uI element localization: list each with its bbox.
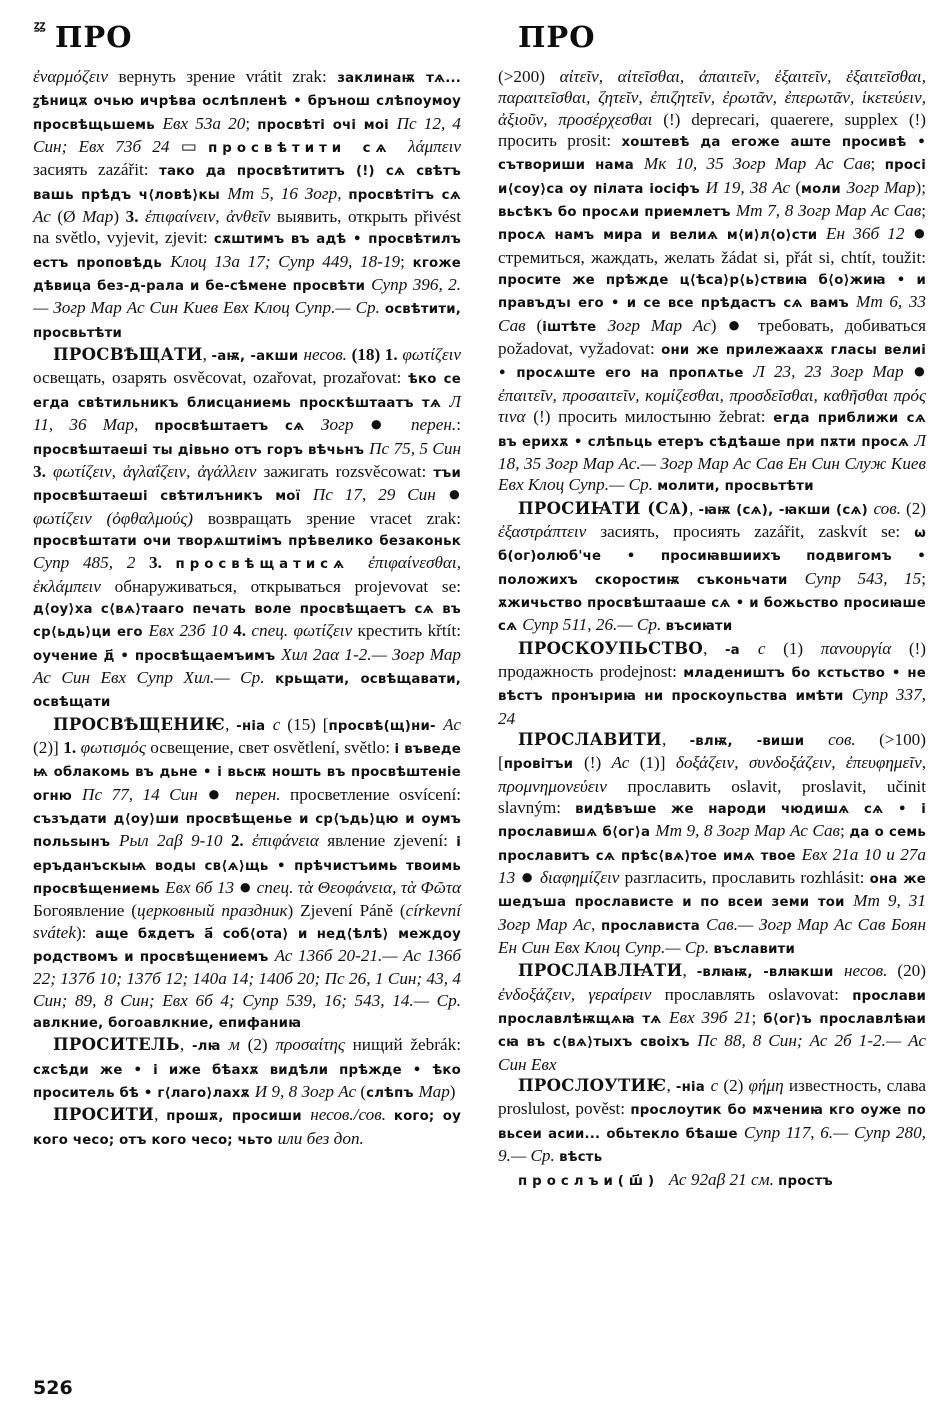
source-citation: Зогр bbox=[321, 415, 370, 434]
ocs-quote: слѣпъ bbox=[366, 1086, 418, 1101]
gloss-text: ; bbox=[751, 1008, 763, 1027]
greek-equivalent: φωτίζειν bbox=[294, 621, 358, 640]
ocs-quote: простъ bbox=[778, 1174, 833, 1189]
source-citation: Евх 6б 13 bbox=[165, 878, 239, 897]
ocs-quote: просвѣштаеші ты дівьно отъ горъ вѣчьнъ bbox=[33, 443, 369, 458]
corner-ornament-icon: ꙁꙁ bbox=[34, 16, 45, 33]
greek-equivalent: φήμη bbox=[749, 1076, 789, 1095]
ocs-quote: просвѣтітъ сѧ bbox=[348, 188, 461, 203]
dictionary-entry: ПРОСКОУПЬСТВО, -а с (1) πανουργία (!) пр… bbox=[498, 638, 926, 729]
bullet-icon: ● bbox=[239, 874, 253, 899]
gloss-text: нищий žebrák: bbox=[353, 1035, 461, 1054]
dictionary-entry: прослъи(ш҃) Ас 92аβ 21 см. простъ bbox=[498, 1169, 926, 1192]
headword: ПРОСВѢЩЕНИѤ bbox=[53, 715, 225, 734]
headword: ПРОСКОУПЬСТВО bbox=[518, 639, 703, 658]
ocs-quote: авлкние, богоавлкние, епифаниꙗ bbox=[33, 1016, 301, 1031]
source-citation: Клоц 13а 17; Супр 449, 18-19 bbox=[170, 252, 400, 271]
greek-equivalent: φωτίζειν bbox=[402, 345, 461, 364]
greek-equivalent: ἐπιφάνεια bbox=[252, 831, 327, 850]
source-citation: Зогр Мар Ас bbox=[608, 316, 711, 335]
source-citation: Супр 485, 2 bbox=[33, 553, 149, 572]
source-citation: И 19, 38 Ас bbox=[706, 178, 796, 197]
source-citation: Ас bbox=[443, 715, 461, 734]
ocs-quote: прослависта bbox=[601, 919, 706, 934]
source-citation: спец. bbox=[252, 878, 298, 897]
source-citation: несов. bbox=[303, 345, 351, 364]
gloss-text: (2)] bbox=[33, 738, 63, 757]
dictionary-entry: ПРОСЛАВИТИ, -влѭ, -виши сов. (>100) [про… bbox=[498, 729, 926, 960]
page-number: 526 bbox=[33, 1377, 73, 1399]
source-citation: сов. bbox=[828, 730, 879, 749]
source-citation: сов. bbox=[873, 499, 906, 518]
ocs-quote: іштѣте bbox=[542, 320, 607, 335]
headword: ПРОСИТИ bbox=[53, 1105, 154, 1124]
ocs-quote: молити, просвьтѣти bbox=[657, 479, 813, 494]
ocs-quote: просѧ намъ мира и велиѧ м⟨и⟩л⟨о⟩сти bbox=[498, 228, 826, 243]
headword: ПРОСИꙖТИ (СѦ) bbox=[518, 499, 689, 518]
gloss-text: освещать, озарять osvěcovat, ozařovat, p… bbox=[33, 368, 408, 387]
source-citation: Супр 543, 15 bbox=[805, 569, 922, 588]
source-citation: несов. bbox=[844, 961, 897, 980]
sense-number: 3. bbox=[126, 207, 145, 226]
ocs-quote: въславити bbox=[714, 942, 796, 957]
right-column: (>200) αἰτεῖν, αἰτεῖσθαι, ἀπαιτεῖν, ἐξαι… bbox=[498, 66, 926, 1192]
dictionary-entry: ПРОСИТИ, прошѫ, просиши несов./сов. кого… bbox=[33, 1104, 461, 1151]
gloss-text: , bbox=[180, 1035, 192, 1054]
sense-number: 2. bbox=[231, 831, 252, 850]
greek-equivalent: τὰ Θεοφάνεια, τὰ Φῶτα bbox=[298, 878, 461, 897]
running-head-left: ПРО bbox=[55, 20, 132, 54]
gloss-text: ) bbox=[113, 207, 125, 226]
source-citation: или без доп. bbox=[278, 1129, 364, 1148]
dictionary-entry: ПРОСИТЕЛЬ, -лꙗ м (2) προσαίτης нищий žeb… bbox=[33, 1034, 461, 1104]
source-citation: Ас bbox=[33, 207, 51, 226]
spaced-ocs-form: просвѣтити сѧ bbox=[208, 141, 408, 156]
source-citation: несов./сов. bbox=[310, 1105, 394, 1124]
ocs-quote: -ніа bbox=[676, 1080, 711, 1095]
dictionary-entry: ПРОСИꙖТИ (СѦ), -ꙗѭ (сѧ), -ꙗкши (сѧ) сов.… bbox=[498, 498, 926, 638]
ocs-quote: просвѣштаетъ сѧ bbox=[154, 419, 321, 434]
ocs-quote: -влѭ, -виши bbox=[690, 734, 829, 749]
bullet-icon: ● bbox=[727, 312, 747, 337]
gloss-text: , bbox=[134, 415, 154, 434]
greek-equivalent: λάμπειν bbox=[408, 137, 461, 156]
gloss-text: (2) bbox=[723, 1076, 748, 1095]
greek-equivalent: ἐνδοξάζειν, γεραίρειν bbox=[498, 985, 665, 1004]
gloss-text: (>200) bbox=[498, 67, 560, 86]
bullet-icon: ● bbox=[520, 864, 534, 889]
bullet-icon: ● bbox=[370, 411, 395, 436]
gloss-text: ▭ bbox=[181, 137, 208, 156]
source-citation: Мт 9, 8 Зогр Мар Ас Сав bbox=[655, 821, 840, 840]
gloss-text: стремиться, жаждать, желать žádat si, př… bbox=[498, 248, 926, 267]
ocs-quote: просвѣті очі моі bbox=[257, 118, 396, 133]
gloss-text: (!) просить милостыню žebrat: bbox=[533, 407, 773, 426]
headword: ПРОСИТЕЛЬ bbox=[53, 1035, 180, 1054]
gloss-text: возвращать зрение vracet zrak: bbox=[208, 509, 461, 528]
dictionary-entry: ἐναρμόζειν вернуть зрение vrátit zrak: з… bbox=[33, 66, 461, 344]
gloss-text: прославлять oslavovat: bbox=[665, 985, 853, 1004]
greek-equivalent: φωτίζειν (ὀφθαλμούς) bbox=[33, 509, 208, 528]
source-citation: с bbox=[711, 1076, 724, 1095]
gloss-text: (2) bbox=[906, 499, 926, 518]
gloss-text: ; bbox=[400, 252, 412, 271]
source-citation: Супр 511, 26.— Ср. bbox=[522, 615, 665, 634]
greek-equivalent: φωτίζειν, ἀγλαΐζειν, ἀγάλλειν bbox=[53, 462, 264, 481]
source-citation: Ас bbox=[612, 753, 640, 772]
gloss-text: : bbox=[456, 415, 461, 434]
source-citation: Рыл 2аβ 9-10 bbox=[119, 831, 231, 850]
headword: ПРОСЛАВИТИ bbox=[518, 730, 662, 749]
source-citation: Мар bbox=[419, 1082, 450, 1101]
gloss-text: , bbox=[154, 1105, 166, 1124]
spaced-ocs-form: прослъи(ш҃) bbox=[518, 1174, 669, 1189]
gloss-text: , bbox=[591, 915, 601, 934]
source-citation: м bbox=[229, 1035, 248, 1054]
gloss-text: засиять, просиять zazářit, zaskvít se: bbox=[600, 522, 914, 541]
gloss-text: засиять zazářit: bbox=[33, 160, 159, 179]
sense-number: 1. bbox=[63, 738, 80, 757]
source-citation: с bbox=[273, 715, 288, 734]
dictionary-entry: ПРОСВѢЩАТИ, -аѭ, -акши несов. (18) 1. φω… bbox=[33, 344, 461, 714]
dictionary-entry: (>200) αἰτεῖν, αἰτεῖσθαι, ἀπαιτεῖν, ἐξαι… bbox=[498, 66, 926, 498]
gloss-text: (!) bbox=[584, 753, 612, 772]
bullet-icon: ● bbox=[207, 781, 225, 806]
source-citation: спец. bbox=[251, 621, 293, 640]
bullet-icon: ● bbox=[448, 481, 461, 506]
gloss-text: ): bbox=[76, 923, 95, 942]
gloss-text: разгласить, прославить rozhlásit: bbox=[625, 868, 870, 887]
ocs-quote: въсиꙗти bbox=[666, 619, 733, 634]
gloss-text: Богоявление ( bbox=[33, 901, 137, 920]
gloss-text: ; bbox=[245, 114, 257, 133]
sense-number: 4. bbox=[233, 621, 251, 640]
source-citation: Пс 75, 5 Син bbox=[369, 439, 461, 458]
gloss-text: (1) bbox=[783, 639, 821, 658]
gloss-text: вернуть зрение vrátit zrak: bbox=[118, 67, 337, 86]
dictionary-entry: ПРОСЛОУТИѤ, -ніа с (2) φήμη известность,… bbox=[498, 1075, 926, 1168]
source-citation: Пс 77, 14 Син bbox=[82, 785, 207, 804]
dictionary-entry: ПРОСЛАВЛꙖТИ, -влꙗѭ, -влꙗкши несов. (20) … bbox=[498, 960, 926, 1075]
greek-equivalent: πανουργία bbox=[821, 639, 909, 658]
source-citation: Мт 5, 16 Зогр bbox=[227, 184, 337, 203]
bullet-icon: ● bbox=[913, 358, 926, 383]
gloss-text: , bbox=[662, 730, 690, 749]
gloss-text: , bbox=[203, 345, 212, 364]
source-citation: Зогр Мар bbox=[847, 178, 916, 197]
source-citation: Евх 53а 20 bbox=[163, 114, 246, 133]
dictionary-page: ꙁꙁ ПРО ПРО ἐναρμόζειν вернуть зрение vrá… bbox=[0, 0, 950, 1415]
ocs-quote: -лꙗ bbox=[192, 1039, 229, 1054]
source-citation: Ас 92аβ 21 см. bbox=[669, 1170, 778, 1189]
ocs-quote: -ніа bbox=[236, 719, 272, 734]
running-head-right: ПРО bbox=[518, 20, 595, 54]
headword: ПРОСЛАВЛꙖТИ bbox=[518, 961, 682, 980]
bullet-icon: ● bbox=[913, 220, 926, 245]
greek-equivalent: διαφημίζειν bbox=[535, 868, 625, 887]
gloss-text: ; bbox=[871, 154, 885, 173]
ocs-quote: оучение д҃ • просвѣщаемъимъ bbox=[33, 649, 281, 664]
gloss-text: , bbox=[337, 184, 348, 203]
gloss-text: просветление osvícení: bbox=[290, 785, 461, 804]
ocs-quote: просвѣштати очи творѧштиімъ прѣвелико бе… bbox=[33, 534, 461, 549]
gloss-text: (15) [ bbox=[287, 715, 328, 734]
source-citation: Евх 39б 21 bbox=[669, 1008, 751, 1027]
gloss-text: зажигать rozsvěcowat: bbox=[264, 462, 434, 481]
gloss-text: ) bbox=[711, 316, 728, 335]
gloss-text: обнаруживаться, открываться projevovat s… bbox=[115, 577, 461, 596]
sense-number: (18) 1. bbox=[352, 345, 403, 364]
gloss-text: ; bbox=[840, 821, 849, 840]
ocs-quote: -а bbox=[725, 643, 758, 658]
gloss-text: ; bbox=[921, 569, 926, 588]
gloss-text: ) bbox=[450, 1082, 456, 1101]
ocs-quote: -аѭ, -акши bbox=[212, 349, 304, 364]
ocs-quote: -влꙗѭ, -влꙗкши bbox=[697, 965, 844, 980]
gloss-text: крестить křtít: bbox=[358, 621, 461, 640]
source-citation: И 9, 8 Зогр Ас bbox=[255, 1082, 361, 1101]
gloss-text: ) Zjevení Páně ( bbox=[288, 901, 406, 920]
spaced-ocs-form: просвѣщатисѧ bbox=[176, 557, 369, 572]
greek-equivalent: ἐναρμόζειν bbox=[33, 67, 118, 86]
sense-number: 3. bbox=[33, 462, 53, 481]
left-column: ἐναρμόζειν вернуть зрение vrátit zrak: з… bbox=[33, 66, 461, 1151]
gloss-text: освещение, свет osvětlení, světlo: bbox=[150, 738, 394, 757]
greek-equivalent: προσαίτης bbox=[275, 1035, 352, 1054]
gloss-text: (1)] bbox=[640, 753, 676, 772]
sense-number: 3. bbox=[149, 553, 176, 572]
headword: ПРОСЛОУТИѤ bbox=[518, 1076, 666, 1095]
headword: ПРОСВѢЩАТИ bbox=[53, 345, 203, 364]
ocs-quote: вѣсть bbox=[559, 1150, 602, 1165]
ocs-quote: просвѣ(щ)ни- bbox=[329, 719, 444, 734]
gloss-text: (Ø bbox=[51, 207, 82, 226]
ocs-quote: прошѫ, просиши bbox=[166, 1109, 310, 1124]
source-citation: перен. bbox=[226, 785, 290, 804]
source-citation: перен. bbox=[395, 415, 456, 434]
dictionary-entry: ПРОСВѢЩЕНИѤ, -ніа с (15) [просвѣ(щ)ни- А… bbox=[33, 714, 461, 1035]
greek-equivalent: ἐπιφαίνειν, ἀνθεῖν bbox=[145, 207, 277, 226]
gloss-text: , bbox=[703, 639, 725, 658]
gloss-text: (2) bbox=[248, 1035, 276, 1054]
ocs-quote: вьсѣкъ бо просѧи приемлетъ bbox=[498, 205, 736, 220]
gloss-text: , bbox=[666, 1076, 675, 1095]
gloss-text: ); bbox=[916, 178, 927, 197]
source-citation: с bbox=[758, 639, 783, 658]
ocs-quote: моли bbox=[801, 182, 847, 197]
source-citation: Мар bbox=[82, 207, 113, 226]
gloss-text: ; bbox=[921, 201, 926, 220]
greek-equivalent: φωτισμός bbox=[81, 738, 151, 757]
ocs-quote: -ꙗѭ (сѧ), -ꙗкши (сѧ) bbox=[698, 503, 873, 518]
ocs-quote: провітъи bbox=[504, 757, 584, 772]
source-citation: Ен 36б 12 bbox=[826, 224, 913, 243]
source-citation: церковный праздник bbox=[137, 901, 287, 920]
gloss-text: явление zjevení: bbox=[327, 831, 456, 850]
source-citation: Мт 7, 8 Зогр Мар Ас Сав bbox=[736, 201, 921, 220]
source-citation: Пс 17, 29 Син bbox=[313, 485, 448, 504]
gloss-text: , bbox=[225, 715, 236, 734]
source-citation: Мк 10, 35 Зогр Мар Ас Сав bbox=[644, 154, 871, 173]
greek-equivalent: ἐξαστράπτειν bbox=[498, 522, 600, 541]
source-citation: Евх 23б 10 bbox=[149, 621, 234, 640]
gloss-text: (20) bbox=[897, 961, 926, 980]
gloss-text: , bbox=[682, 961, 696, 980]
source-citation: Л 23, 23 Зогр Мар bbox=[753, 362, 913, 381]
